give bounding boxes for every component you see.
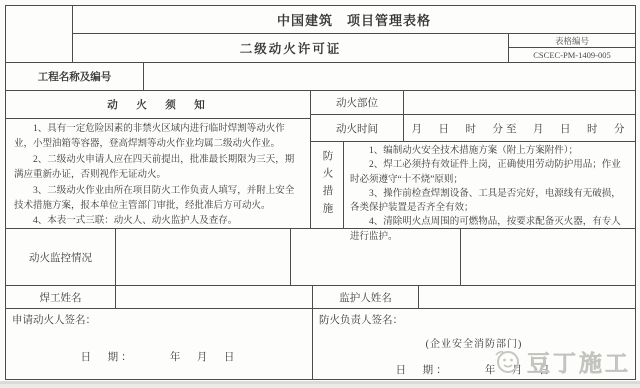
responsible-signature-label: 防火负责人签名： [313, 309, 635, 327]
measures-item: 2、焊工必须持有效证件上岗，正确使用劳动防护用品；作业时必须遵守“十不烧”原则； [350, 158, 629, 187]
form-title: 二级动火许可证 [73, 34, 509, 63]
notice-item: 1、具有一定危险因素的非禁火区域内进行临时焊割等动火作业，小型油箱等容器，登高焊… [14, 122, 302, 153]
signature-row: 申请动火人签名： 日 期： 年 月 日 防火负责人签名： (企业安全消防部门) … [6, 309, 635, 379]
header-group: 中国建筑 项目管理表格 二级动火许可证 表格编号 CSCEC-PM-1409-0… [6, 6, 635, 63]
fire-measures-label: 防火措施 [311, 142, 344, 229]
fire-time-label: 动火时间 [311, 115, 404, 142]
project-name-label: 工程名称及编号 [6, 63, 144, 91]
guardian-name-label: 监护人姓名 [313, 286, 419, 309]
notice-body: 1、具有一定危险因素的非禁火区域内进行临时焊割等动火作业，小型油箱等容器，登高焊… [6, 119, 310, 229]
main-section: 动 火 须 知 1、具有一定危险因素的非禁火区域内进行临时焊割等动火作业，小型油… [6, 91, 635, 229]
measures-item: 3、操作前检查焊割设备、工具是否完好，电源线有无破损，各类保护装置是否齐全有效； [350, 187, 629, 216]
responsible-date-line: 日 期： 年 月 日 [313, 362, 635, 377]
responsible-signature-cell: 防火负责人签名： (企业安全消防部门) 日 期： 年 月 日 [313, 309, 635, 379]
applicant-signature-cell: 申请动火人签名： 日 期： 年 月 日 [6, 309, 313, 379]
fire-time-value: 月 日 时 分至 月 日 时 分 [404, 115, 635, 142]
form-number-value: CSCEC-PM-1409-005 [509, 48, 635, 63]
monitoring-cell-2 [291, 229, 461, 286]
monitoring-row: 动火监控情况 [6, 229, 635, 286]
project-row: 工程名称及编号 [6, 63, 635, 91]
permit-form-table: 中国建筑 项目管理表格 二级动火许可证 表格编号 CSCEC-PM-1409-0… [5, 5, 636, 380]
fire-measures-body: 1、编制动火安全技术措施方案（附上方案附件）； 2、焊工必须持有效证件上岗，正确… [344, 142, 635, 229]
monitoring-label: 动火监控情况 [6, 229, 116, 286]
fire-location-value-cell [404, 91, 635, 115]
welder-name-value-cell [116, 286, 313, 309]
measures-item: 1、编制动火安全技术措施方案（附上方案附件）； [350, 144, 629, 158]
monitoring-cell-3 [461, 229, 635, 286]
notice-item: 4、本表一式三联：动火人、动火监护人及查存。 [14, 214, 302, 229]
project-name-value-cell [144, 63, 635, 91]
names-row: 焊工姓名 监护人姓名 [6, 286, 635, 309]
notice-item: 2、二级动火申请人应在四天前提出，批准最长期限为三天，期满应重新办证，否则视作无… [14, 153, 302, 184]
org-title: 中国建筑 项目管理表格 [73, 6, 635, 34]
fire-detail-section: 动火部位 动火时间 月 日 时 分至 月 日 时 分 防火措施 1、编制动火安全… [311, 91, 635, 229]
page-edge-shadow [0, 381, 640, 384]
applicant-signature-label: 申请动火人签名： [6, 309, 312, 327]
permit-form-page: 中国建筑 项目管理表格 二级动火许可证 表格编号 CSCEC-PM-1409-0… [0, 0, 640, 384]
welder-name-label: 焊工姓名 [6, 286, 116, 309]
notice-section: 动 火 须 知 1、具有一定危险因素的非禁火区域内进行临时焊割等动火作业，小型油… [6, 91, 311, 229]
fire-location-label: 动火部位 [311, 91, 404, 115]
header-corner-cell [6, 6, 73, 63]
department-note: (企业安全消防部门) [313, 335, 635, 350]
notice-item: 3、二级动火作业由所在项目防火工作负责人填写，并附上安全技术措施方案，报本单位主… [14, 184, 302, 215]
notice-title: 动 火 须 知 [6, 91, 310, 119]
form-number-label: 表格编号 [509, 34, 635, 48]
applicant-date-line: 日 期： 年 月 日 [6, 349, 312, 364]
guardian-name-value-cell [419, 286, 635, 309]
monitoring-cell-1 [116, 229, 291, 286]
